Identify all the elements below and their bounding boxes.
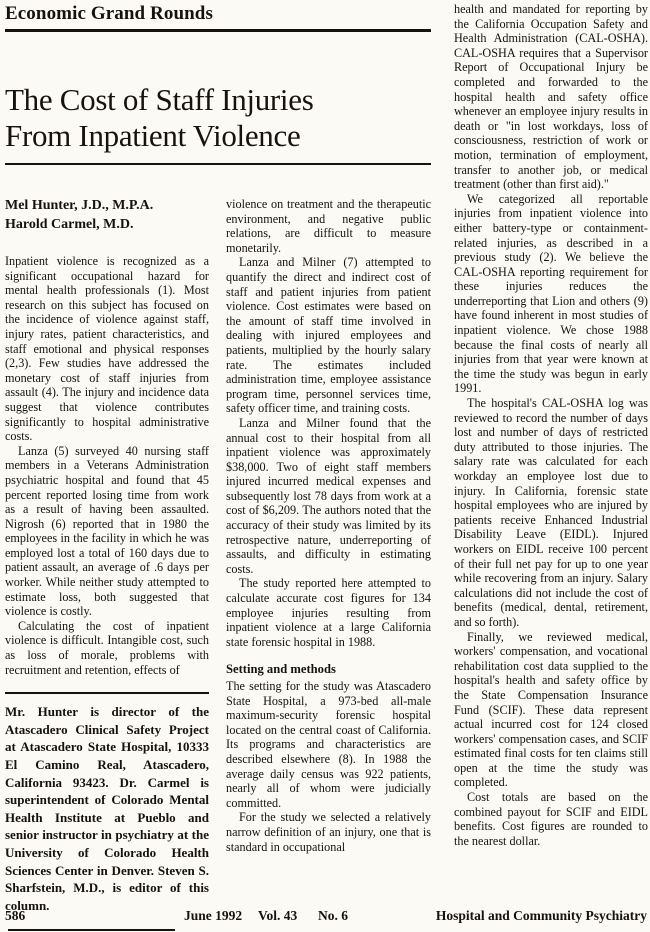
author-note-rule <box>5 692 209 694</box>
page-footer: 586 June 1992 Vol. 43 No. 6 Hospital and… <box>0 908 650 930</box>
body-paragraph: violence on treatment and the therapeuti… <box>226 197 431 255</box>
article-left-region: Economic Grand Rounds The Cost of Staff … <box>5 2 431 914</box>
two-column-body: Mel Hunter, J.D., M.P.A. Harold Carmel, … <box>5 197 431 914</box>
body-paragraph: health and mandated for reporting by the… <box>454 2 648 192</box>
body-paragraph: Cost totals are based on the combined pa… <box>454 790 648 848</box>
title-rule <box>5 163 431 165</box>
column-left: Mel Hunter, J.D., M.P.A. Harold Carmel, … <box>5 197 209 914</box>
kicker-rule <box>5 29 431 32</box>
body-paragraph: Inpatient violence is recognized as a si… <box>5 254 209 444</box>
article-title-line1: The Cost of Staff Injuries <box>5 82 313 117</box>
footer-number: No. 6 <box>318 908 348 924</box>
body-paragraph: The hospital's CAL-OSHA log was reviewed… <box>454 396 648 630</box>
body-paragraph: Lanza and Milner found that the annual c… <box>226 416 431 577</box>
column-gutter <box>431 2 454 914</box>
page-edge-scan-line <box>8 929 175 931</box>
column-right: health and mandated for reporting by the… <box>454 2 648 897</box>
body-paragraph: Lanza (5) surveyed 40 nursing staff memb… <box>5 444 209 619</box>
column-middle: violence on treatment and the therapeuti… <box>226 197 431 897</box>
author-line: Mel Hunter, J.D., M.P.A. <box>5 197 209 216</box>
author-line: Harold Carmel, M.D. <box>5 216 209 235</box>
column-kicker: Economic Grand Rounds <box>5 2 431 25</box>
page-number: 586 <box>5 908 25 924</box>
article-title: The Cost of Staff InjuriesFrom Inpatient… <box>5 82 431 154</box>
footer-issue-date: June 1992 <box>184 908 242 924</box>
body-paragraph: We categorized all reportable injuries f… <box>454 192 648 396</box>
body-paragraph: Lanza and Milner (7) attempted to quanti… <box>226 255 431 416</box>
footer-journal-title: Hospital and Community Psychiatry <box>436 908 647 924</box>
footer-volume: Vol. 43 <box>258 908 297 924</box>
section-heading: Setting and methods <box>226 662 431 677</box>
body-paragraph: The setting for the study was Atascadero… <box>226 679 431 810</box>
body-paragraph: Calculating the cost of inpatient violen… <box>5 619 209 677</box>
body-paragraph: Finally, we reviewed medical, workers' c… <box>454 630 648 791</box>
article-title-line2: From Inpatient Violence <box>5 118 300 153</box>
author-block: Mel Hunter, J.D., M.P.A. Harold Carmel, … <box>5 197 209 234</box>
page-content: Economic Grand Rounds The Cost of Staff … <box>0 0 650 914</box>
body-paragraph: For the study we selected a relatively n… <box>226 810 431 854</box>
journal-page: Economic Grand Rounds The Cost of Staff … <box>0 0 650 932</box>
body-paragraph: The study reported here attempted to cal… <box>226 576 431 649</box>
column-gutter <box>209 197 226 914</box>
author-note: Mr. Hunter is director of the Atascadero… <box>5 703 209 914</box>
